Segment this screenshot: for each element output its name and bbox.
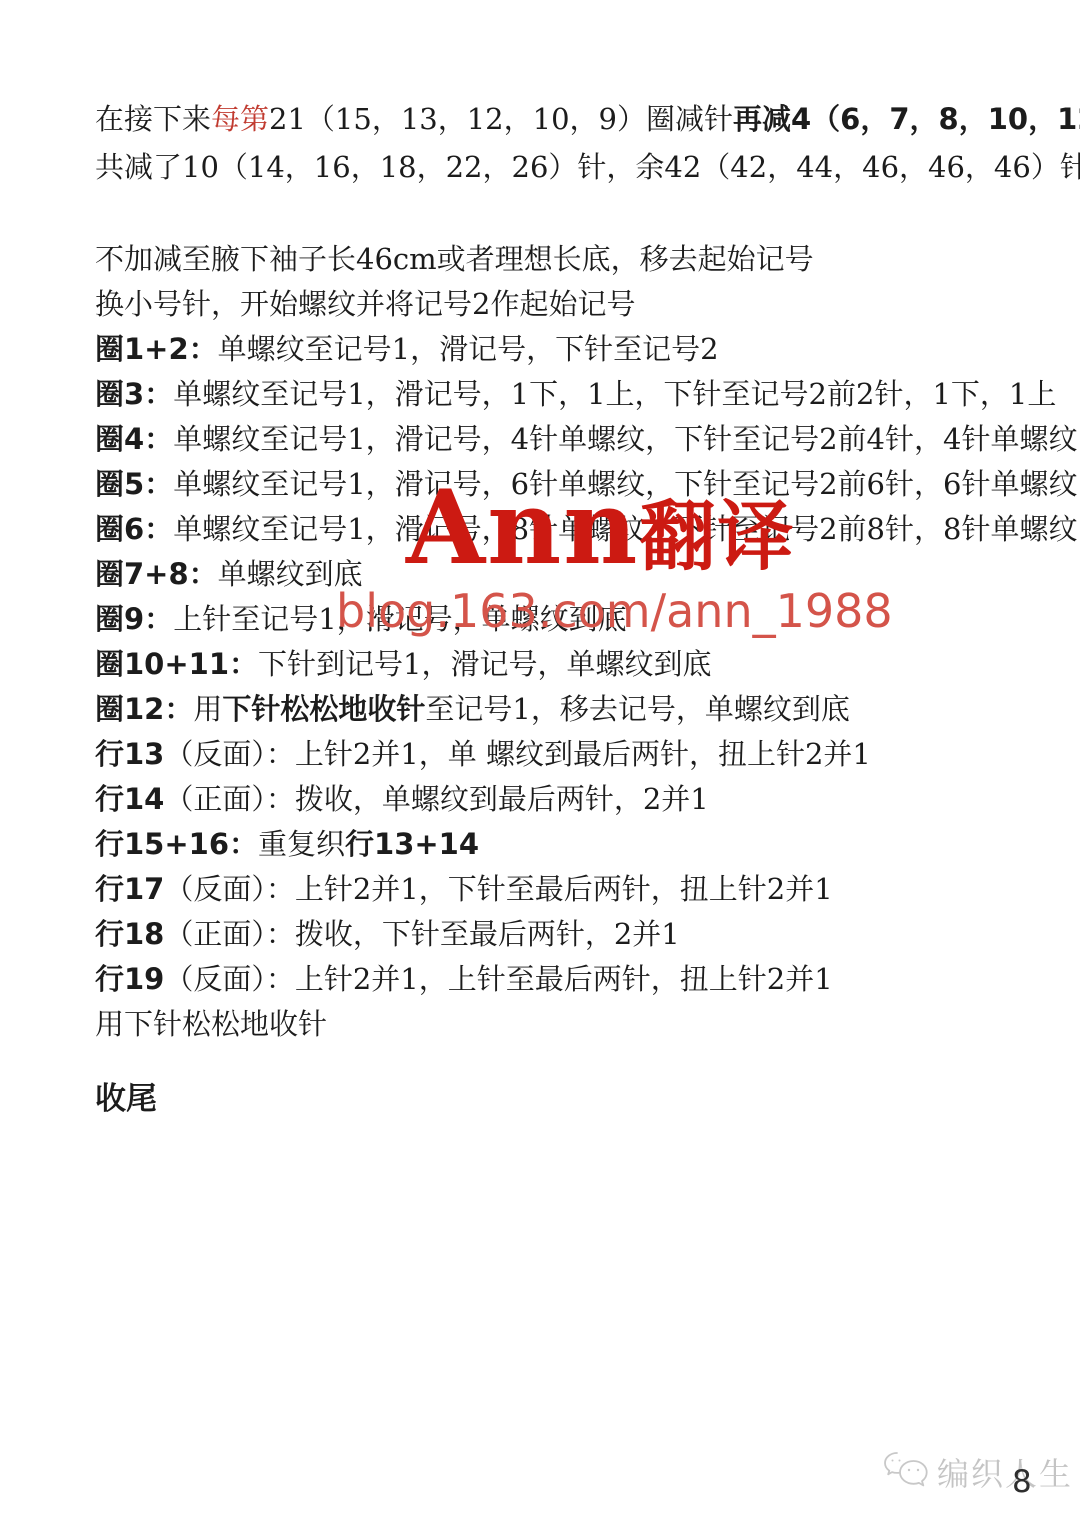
text-run: 行15+16： — [95, 827, 258, 861]
finishing-heading: 收尾 — [95, 1077, 1015, 1122]
text-run: 圈6： — [95, 512, 173, 546]
text-line: 行13（反面）：上针2并1，单 螺纹到最后两针，扭上针2并1 — [95, 732, 1015, 777]
text-run: 圈9： — [95, 602, 173, 636]
text-run: 行17 — [95, 872, 164, 906]
text-line: 圈4：单螺纹至记号1，滑记号，4针单螺纹，下针至记号2前4针，4针单螺纹 — [95, 417, 1015, 462]
text-run: 单螺纹至记号1，滑记号，4针单螺纹，下针至记号2前4针，4针单螺纹 — [173, 422, 1077, 456]
blog-url-watermark: blog.163.com/ann_1988 — [336, 583, 893, 639]
text-run: 共减了10（14，16，18，22，26）针，余42（42，44，46，46，4… — [95, 150, 1080, 184]
text-run: 圈4： — [95, 422, 173, 456]
text-run: 在接下来 — [95, 102, 211, 136]
text-run: 重复织 — [258, 827, 345, 861]
text-line: 行15+16：重复织行13+14 — [95, 822, 1015, 867]
text-run: 至记号1，移去记号，单螺纹到底 — [425, 692, 849, 726]
text-run: 不加减至腋下袖子长46cm或者理想长底，移去起始记号 — [95, 242, 814, 276]
text-run: 圈5： — [95, 467, 173, 501]
text-run: 收尾 — [95, 1081, 157, 1117]
text-run: （正面）：拨收，单螺纹到最后两针，2并1 — [164, 782, 708, 816]
text-line: 收尾 — [95, 1077, 1015, 1122]
text-line: 共减了10（14，16，18，22，26）针，余42（42，44，46，46，4… — [95, 143, 1015, 191]
text-run: 圈12： — [95, 692, 193, 726]
document-page: 在接下来每第21（15，13，12，10，9）圈减针再减4（6，7，8，10，1… — [0, 0, 1080, 1524]
text-run: 行18 — [95, 917, 164, 951]
text-run: 圈7+8： — [95, 557, 218, 591]
wechat-icon — [882, 1450, 930, 1494]
text-line: 行17（反面）：上针2并1，下针至最后两针，扭上针2并1 — [95, 867, 1015, 912]
page-number: 8 — [1012, 1464, 1032, 1500]
text-run: 换小号针，开始螺纹并将记号2作起始记号 — [95, 287, 635, 321]
text-run: 圈1+2： — [95, 332, 218, 366]
text-run: 用 — [193, 692, 222, 726]
text-run: 下针到记号1，滑记号，单螺纹到底 — [258, 647, 711, 681]
translator-watermark-name: Ann — [406, 468, 639, 588]
text-line: 圈3：单螺纹至记号1，滑记号，1下，1上，下针至记号2前2针，1下，1上 — [95, 372, 1015, 417]
brand-watermark: 编织人生 — [882, 1449, 1073, 1495]
text-line: 换小号针，开始螺纹并将记号2作起始记号 — [95, 282, 1015, 327]
text-line: 在接下来每第21（15，13，12，10，9）圈减针再减4（6，7，8，10，1… — [95, 95, 1015, 143]
translator-watermark-cjk: 翻译 — [639, 492, 795, 581]
text-line: 用下针松松地收针 — [95, 1002, 1015, 1047]
text-run: 下针松松地收针 — [222, 692, 425, 726]
text-run: 行13+14 — [345, 827, 479, 861]
text-run: 圈10+11： — [95, 647, 258, 681]
text-run: 单螺纹至记号1，滑记号，下针至记号2 — [218, 332, 719, 366]
text-run: （正面）：拨收，下针至最后两针，2并1 — [164, 917, 679, 951]
text-run: （反面）：上针2并1，单 螺纹到最后两针，扭上针2并1 — [164, 737, 871, 771]
text-line: 圈1+2：单螺纹至记号1，滑记号，下针至记号2 — [95, 327, 1015, 372]
text-line: 行14（正面）：拨收，单螺纹到最后两针，2并1 — [95, 777, 1015, 822]
brand-watermark-label: 编织人生 — [937, 1449, 1073, 1495]
text-run: 圈3： — [95, 377, 173, 411]
text-run: 再减4（6，7，8，10，12） — [733, 102, 1080, 136]
intro-paragraph: 在接下来每第21（15，13，12，10，9）圈减针再减4（6，7，8，10，1… — [95, 95, 1015, 191]
text-line: 行19（反面）：上针2并1，上针至最后两针，扭上针2并1 — [95, 957, 1015, 1002]
instructions-paragraph: 不加减至腋下袖子长46cm或者理想长底，移去起始记号换小号针，开始螺纹并将记号2… — [95, 237, 1015, 1047]
text-line: 行18（正面）：拨收，下针至最后两针，2并1 — [95, 912, 1015, 957]
text-run: 每第 — [211, 102, 269, 136]
text-line: 不加减至腋下袖子长46cm或者理想长底，移去起始记号 — [95, 237, 1015, 282]
text-run: 用下针松松地收针 — [95, 1007, 327, 1041]
text-line: 圈10+11：下针到记号1，滑记号，单螺纹到底 — [95, 642, 1015, 687]
text-run: （反面）：上针2并1，下针至最后两针，扭上针2并1 — [164, 872, 832, 906]
text-run: （反面）：上针2并1，上针至最后两针，扭上针2并1 — [164, 962, 832, 996]
text-run: 行14 — [95, 782, 164, 816]
text-run: 单螺纹至记号1，滑记号，1下，1上，下针至记号2前2针，1下，1上 — [173, 377, 1056, 411]
text-line: 圈12：用下针松松地收针至记号1，移去记号，单螺纹到底 — [95, 687, 1015, 732]
text-run: 行19 — [95, 962, 164, 996]
text-run: 行13 — [95, 737, 164, 771]
text-run: 21（15，13，12，10，9）圈减针 — [269, 102, 733, 136]
